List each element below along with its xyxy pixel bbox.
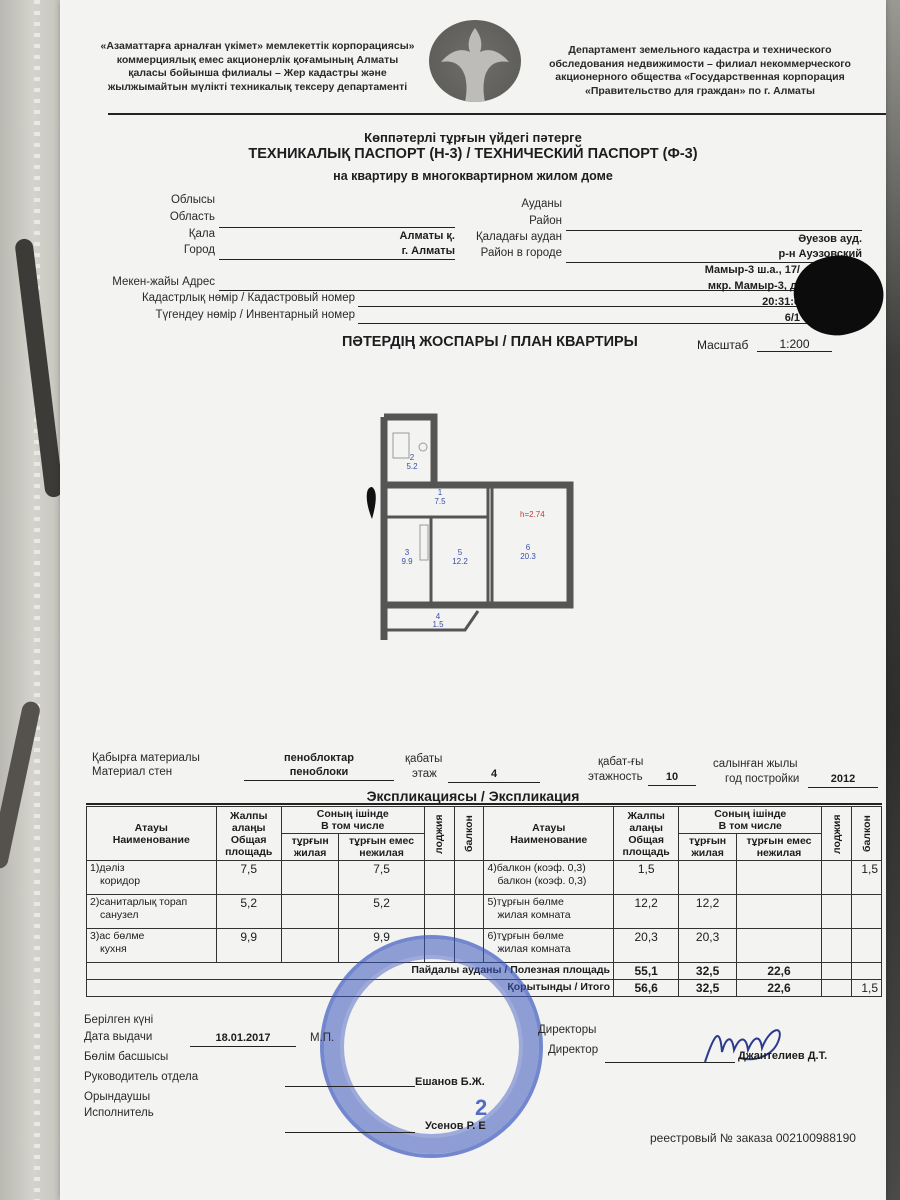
summary-balcony — [852, 963, 882, 980]
room-total-area: 7,5 — [216, 861, 281, 895]
stamp-number: 2 — [475, 1095, 487, 1121]
fleur-emblem-icon — [429, 20, 521, 102]
summary-total: 55,1 — [614, 963, 679, 980]
raion-label-kz: Ауданы — [460, 198, 562, 210]
room-nonliving-area — [736, 929, 821, 963]
city-value-ru: г. Алматы — [219, 245, 455, 260]
room-balcony-area: 1,5 — [852, 861, 882, 895]
year-label-kz: салынған жылы — [713, 758, 798, 770]
header-line: «Правительство для граждан» по г. Алматы — [530, 85, 870, 99]
header-line: қаласы бойынша филиалы – Жер кадастры жә… — [85, 67, 430, 81]
table-row: 1)дәлізкоридор 7,5 7,5 4)балкон (коэф. 0… — [87, 861, 882, 895]
room-name: 1)дәлізкоридор — [87, 861, 217, 895]
city-value-kz: Алматы қ. — [219, 230, 455, 242]
svg-text:7.5: 7.5 — [434, 497, 446, 506]
executor-label-kz: Орындаушы — [84, 1091, 150, 1103]
svg-text:1: 1 — [438, 488, 443, 497]
room-balcony-area — [852, 929, 882, 963]
room-living-area — [281, 895, 339, 929]
director-signature — [700, 1022, 790, 1072]
svg-text:9.9: 9.9 — [401, 557, 413, 566]
head-label-kz: Бөлім басшысы — [84, 1051, 168, 1063]
col-header-nonliving: тұрғын емеснежилая — [339, 834, 424, 861]
floors-label-kz: қабат-ғы — [598, 756, 643, 768]
explication-title: Экспликациясы / Экспликация — [60, 788, 886, 804]
explication-divider — [86, 803, 882, 805]
executor-label-ru: Исполнитель — [84, 1107, 154, 1119]
room-loggia-area — [822, 929, 852, 963]
technical-passport-document: «Азаматтарға арналған үкімет» мемлекетті… — [60, 0, 886, 1200]
director-label-kz: Директоры — [538, 1024, 596, 1036]
document-subtitle: на квартиру в многоквартирном жилом доме — [60, 169, 886, 183]
col-header-loggia: лоджия — [424, 807, 454, 861]
room-total-area: 5,2 — [216, 895, 281, 929]
binder-holes — [34, 0, 40, 1200]
svg-text:20.3: 20.3 — [520, 552, 536, 561]
col-header-total: ЖалпыалаңыОбщаяплощадь — [216, 807, 281, 861]
svg-text:5: 5 — [458, 548, 463, 557]
room-living-area — [679, 861, 737, 895]
room-balcony-area — [852, 895, 882, 929]
header-line: «Азаматтарға арналған үкімет» мемлекетті… — [85, 40, 430, 54]
cadastral-label: Кадастрлық нөмір / Кадастровый номер — [80, 292, 355, 304]
issue-date: 18.01.2017 — [190, 1032, 296, 1047]
oblast-field — [219, 213, 455, 228]
header-line: обследования недвижимости – филиал неком… — [530, 58, 870, 72]
floors-label-ru: этажность — [588, 771, 643, 783]
room-name: 6)тұрғын бөлмежилая комната — [484, 929, 614, 963]
plan-title: ПӘТЕРДІҢ ЖОСПАРЫ / ПЛАН КВАРТИРЫ — [342, 334, 638, 350]
room-living-area — [281, 929, 339, 963]
room-living-area: 12,2 — [679, 895, 737, 929]
header-org-ru: Департамент земельного кадастра и технич… — [530, 44, 870, 98]
col-header-nonliving: тұрғын емеснежилая — [736, 834, 821, 861]
floor-plan: 2 5.2 1 7.5 3 9.9 5 12.2 6 20.3 4 1.5 h=… — [360, 405, 590, 655]
scale-value: 1:200 — [757, 337, 832, 352]
wall-material-value-ru: пеноблоки — [244, 766, 394, 781]
col-header-balcony: балкон — [454, 807, 484, 861]
cadastral-value: 20:31:0 — [580, 296, 800, 308]
room-name: 4)балкон (коэф. 0,3)балкон (коэф. 0,3) — [484, 861, 614, 895]
room-nonliving-area — [736, 895, 821, 929]
room-total-area: 9,9 — [216, 929, 281, 963]
inventory-value: 6/1 — [580, 312, 800, 324]
header-line: акционерного общества «Государственная к… — [530, 71, 870, 85]
svg-text:3: 3 — [405, 548, 410, 557]
summary-nonliving: 22,6 — [736, 980, 821, 997]
oblast-label-kz: Облысы — [120, 194, 215, 206]
col-header-loggia: лоджия — [822, 807, 852, 861]
svg-text:12.2: 12.2 — [452, 557, 468, 566]
room-living-area: 20,3 — [679, 929, 737, 963]
room-balcony-area — [454, 895, 484, 929]
room-nonliving-area: 5,2 — [339, 895, 424, 929]
issue-label-ru: Дата выдачи — [84, 1031, 152, 1043]
room-loggia-area — [822, 895, 852, 929]
document-title: ТЕХНИКАЛЫҚ ПАСПОРТ (Н-3) / ТЕХНИЧЕСКИЙ П… — [60, 146, 886, 162]
summary-living: 32,5 — [679, 963, 737, 980]
room-total-area: 20,3 — [614, 929, 679, 963]
wall-material-value-kz: пеноблоктар — [244, 752, 394, 764]
svg-text:1.5: 1.5 — [432, 620, 444, 629]
registry-number: реестровый № заказа 002100988190 — [650, 1131, 856, 1145]
room-balcony-area — [454, 861, 484, 895]
summary-total: 56,6 — [614, 980, 679, 997]
room-total-area: 12,2 — [614, 895, 679, 929]
svg-text:6: 6 — [526, 543, 531, 552]
executor-signature-line — [285, 1118, 415, 1133]
col-header-total: ЖалпыалаңыОбщаяплощадь — [614, 807, 679, 861]
header-line: жылжымайтын мүлікті техникалық тексеру д… — [85, 81, 430, 95]
header-line: коммерциялық емес акционерлік қоғамының … — [85, 54, 430, 68]
wall-material-label-kz: Қабырға материалы — [92, 752, 200, 764]
summary-balcony: 1,5 — [852, 980, 882, 997]
year-label-ru: год постройки — [725, 773, 799, 785]
city-district-value-kz: Әуезов ауд. — [566, 233, 862, 245]
room-loggia-area — [424, 895, 454, 929]
floors-value: 10 — [648, 771, 696, 786]
svg-text:2: 2 — [410, 453, 415, 462]
table-row: 2)санитарлық торапсанузел 5,2 5,2 5)тұрғ… — [87, 895, 882, 929]
floor-label-ru: этаж — [412, 768, 437, 780]
seal-place-label: М.П. — [310, 1032, 334, 1044]
room-loggia-area — [822, 861, 852, 895]
head-label-ru: Руководитель отдела — [84, 1071, 198, 1083]
title-kz: Көппәтерлі тұрғын үйдегі пәтерге — [60, 130, 886, 145]
oblast-label-ru: Область — [120, 211, 215, 223]
summary-living: 32,5 — [679, 980, 737, 997]
room-name: 2)санитарлық торапсанузел — [87, 895, 217, 929]
room-living-area — [281, 861, 339, 895]
col-header-including: Соның ішіндеВ том числе — [281, 807, 424, 834]
address-label: Мекен-жайы Адрес — [80, 276, 215, 288]
col-header-living: тұрғынжилая — [281, 834, 339, 861]
svg-text:5.2: 5.2 — [406, 462, 418, 471]
col-header-living: тұрғынжилая — [679, 834, 737, 861]
scale-label: Масштаб — [697, 338, 748, 352]
city-label-ru: Город — [120, 244, 215, 256]
table-header-row: АтауыНаименование ЖалпыалаңыОбщаяплощадь… — [87, 807, 882, 834]
room-total-area: 1,5 — [614, 861, 679, 895]
raion-field — [566, 216, 862, 231]
floor-value: 4 — [448, 768, 540, 783]
room-name: 5)тұрғын бөлмежилая комната — [484, 895, 614, 929]
summary-nonliving: 22,6 — [736, 963, 821, 980]
head-signature-line — [285, 1072, 415, 1087]
floor-label-kz: қабаты — [405, 753, 442, 765]
binder-sleeve — [0, 0, 60, 1200]
summary-loggia — [822, 963, 852, 980]
wall-material-label-ru: Материал стен — [92, 766, 172, 778]
room-loggia-area — [424, 861, 454, 895]
col-header-name: АтауыНаименование — [87, 807, 217, 861]
col-header-including: Соның ішіндеВ том числе — [679, 807, 822, 834]
city-district-label-ru: Район в городе — [450, 247, 562, 259]
svg-text:h=2.74: h=2.74 — [520, 510, 545, 519]
director-name: Джантелиев Д.Т. — [738, 1050, 868, 1062]
executor-name: Усенов Р. Е — [425, 1120, 525, 1132]
raion-label-ru: Район — [460, 215, 562, 227]
year-value: 2012 — [808, 773, 878, 788]
issue-label-kz: Берілген күні — [84, 1014, 153, 1026]
room-name: 3)ас бөлмекухня — [87, 929, 217, 963]
summary-loggia — [822, 980, 852, 997]
inventory-label: Түгендеу нөмір / Инвентарный номер — [80, 309, 355, 321]
header-line: Департамент земельного кадастра и технич… — [530, 44, 870, 58]
address-value-kz: Мамыр-3 ш.а., 17/ — [580, 264, 800, 276]
header-org-kz: «Азаматтарға арналған үкімет» мемлекетті… — [85, 40, 430, 94]
header-divider — [108, 113, 886, 115]
head-name: Ешанов Б.Ж. — [415, 1076, 515, 1088]
director-label-ru: Директор — [548, 1044, 598, 1056]
room-nonliving-area — [736, 861, 821, 895]
room-nonliving-area: 7,5 — [339, 861, 424, 895]
col-header-balcony: балкон — [852, 807, 882, 861]
city-label-kz: Қала — [120, 228, 215, 240]
city-district-label-kz: Қаладағы аудан — [450, 231, 562, 243]
address-value-ru: мкр. Мамыр-3, д. — [580, 280, 800, 292]
col-header-name: АтауыНаименование — [484, 807, 614, 861]
